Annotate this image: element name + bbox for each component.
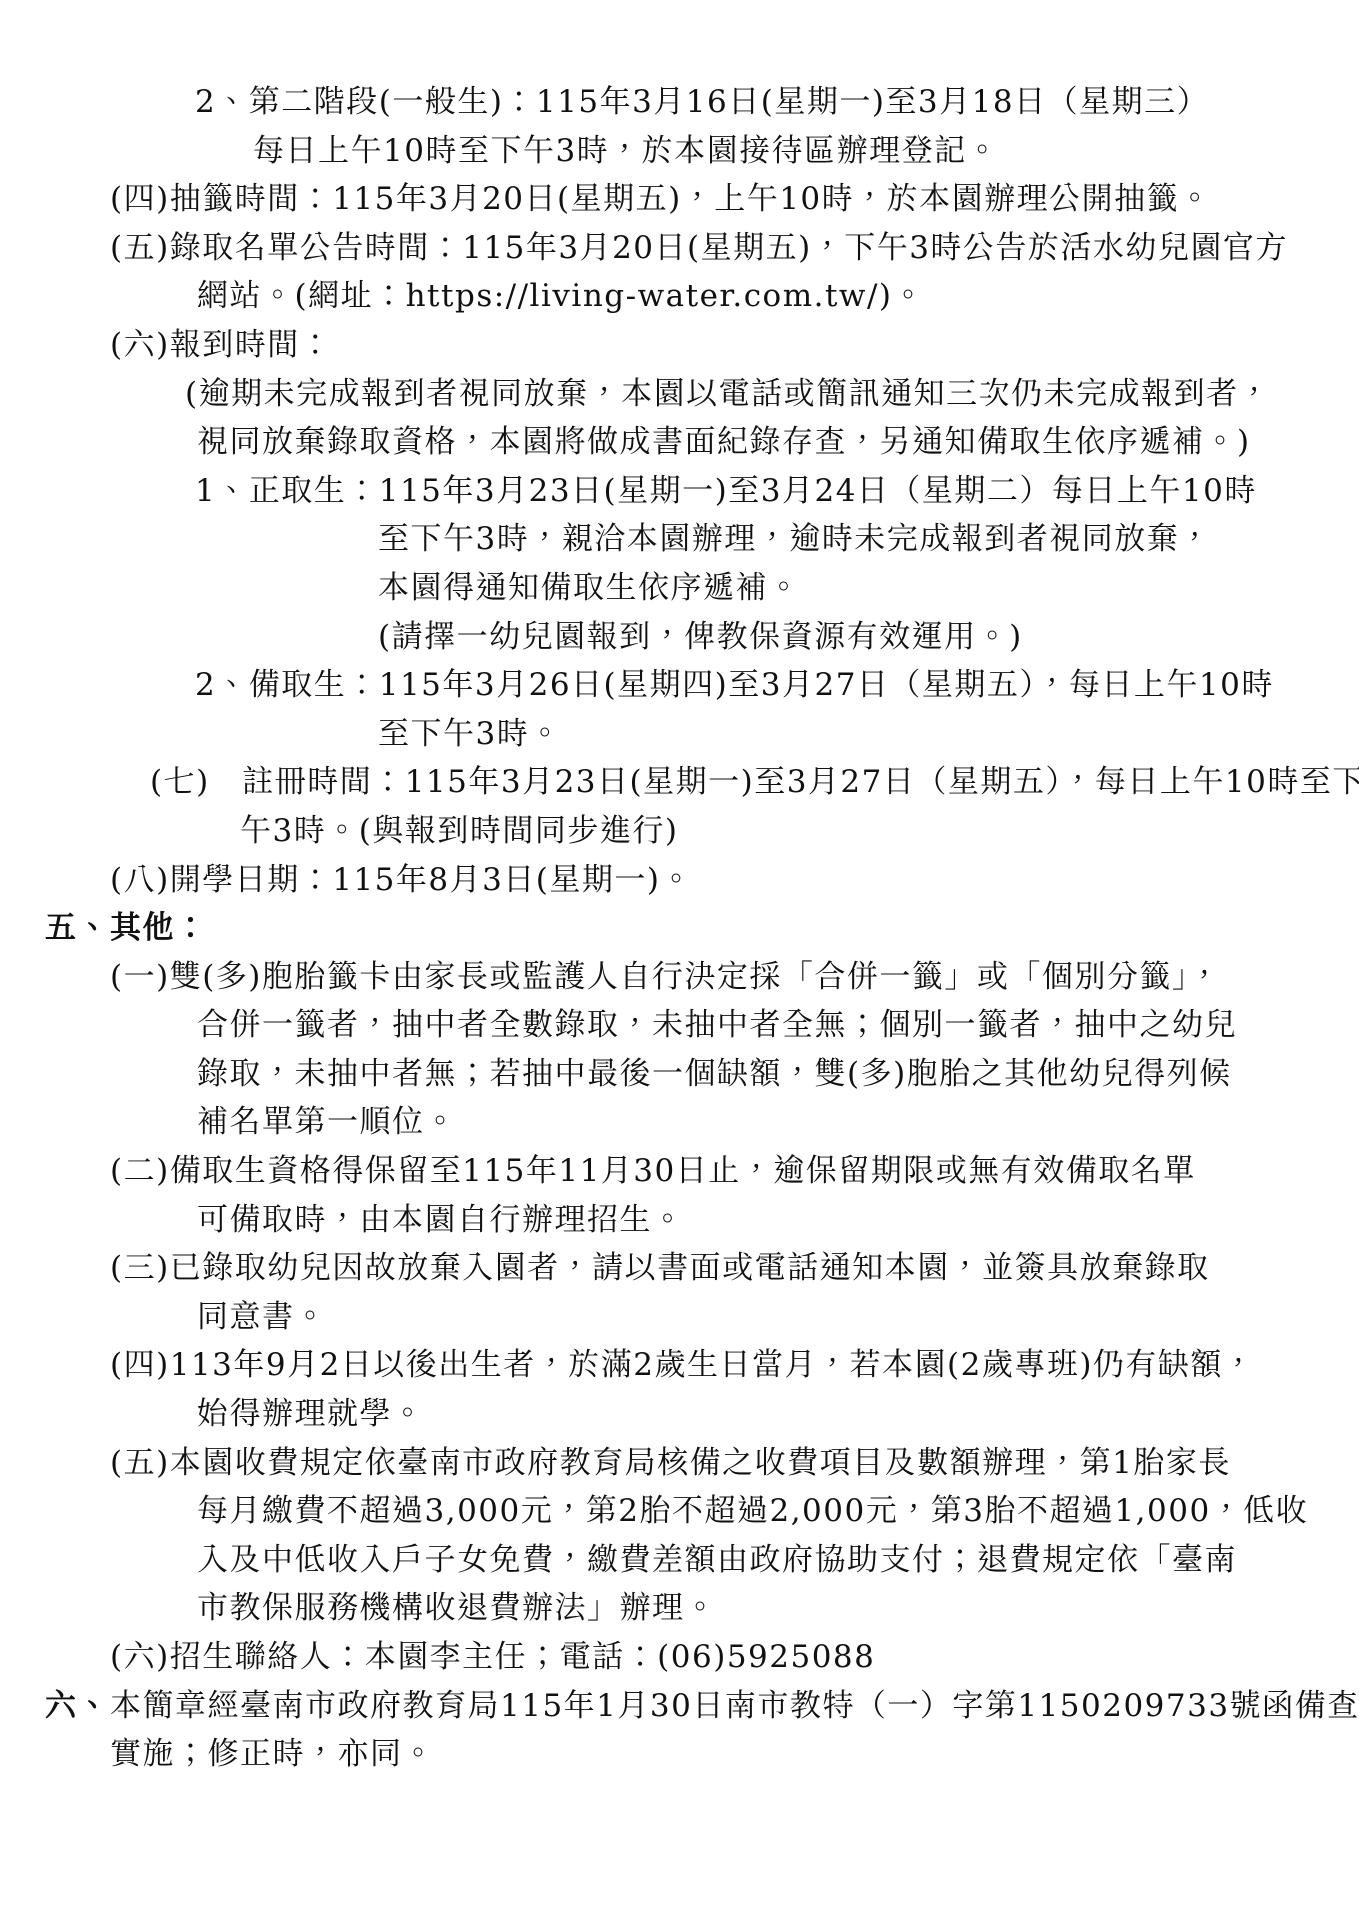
line-age2-rule: (四)113年9月2日以後出生者，於滿2歲生日當月，若本園(2歲專班)仍有缺額，	[0, 1341, 1359, 1390]
line-phase2-schedule-cont: 每日上午10時至下午3時，於本園接待區辦理登記。	[0, 127, 1359, 176]
line-school-start-date: (八)開學日期：115年8月3日(星期一)。	[0, 856, 1359, 905]
line-age2-rule-cont: 始得辦理就學。	[0, 1390, 1359, 1439]
line-checkin-time-heading: (六)報到時間：	[0, 321, 1359, 370]
line-admitted-checkin-cont1: 至下午3時，親洽本園辦理，逾時未完成報到者視同放棄，	[0, 515, 1359, 564]
section-title: 其他：	[110, 910, 208, 946]
line-twins-rule-cont2: 錄取，未抽中者無；若抽中最後一個缺額，雙(多)胞胎之其他幼兒得列候	[0, 1050, 1359, 1099]
line-fee-rule-cont3: 市教保服務機構收退費辦法」辦理。	[0, 1584, 1359, 1633]
line-registration-cont: 午3時。(與報到時間同步進行)	[0, 807, 1359, 856]
document-page: 2、第二階段(一般生)：115年3月16日(星期一)至3月18日（星期三） 每日…	[0, 0, 1359, 1920]
line-waitlist-validity: (二)備取生資格得保留至115年11月30日止，逾保留期限或無有效備取名單	[0, 1147, 1359, 1196]
line-twins-rule-cont1: 合併一籤者，抽中者全數錄取，未抽中者全無；個別一籤者，抽中之幼兒	[0, 1001, 1359, 1050]
line-fee-rule-cont1: 每月繳費不超過3,000元，第2胎不超過2,000元，第3胎不超過1,000，低…	[0, 1487, 1359, 1536]
line-admitted-checkin: 1、正取生：115年3月23日(星期一)至3月24日（星期二）每日上午10時	[0, 467, 1359, 516]
line-waitlist-checkin-cont: 至下午3時。	[0, 710, 1359, 759]
line-checkin-note: (逾期未完成報到者視同放棄，本園以電話或簡訊通知三次仍未完成報到者，	[0, 370, 1359, 419]
line-choose-one-note: (請擇一幼兒園報到，俾教保資源有效運用。)	[0, 613, 1359, 662]
line-twins-rule: (一)雙(多)胞胎籤卡由家長或監護人自行決定採「合併一籤」或「個別分籤」，	[0, 953, 1359, 1002]
line-lottery-time: (四)抽籤時間：115年3月20日(星期五)，上午10時，於本園辦理公開抽籤。	[0, 175, 1359, 224]
line-abandon-admission-cont: 同意書。	[0, 1293, 1359, 1342]
section-number: 六、	[45, 1682, 110, 1731]
section-heading-others: 五、其他：	[0, 904, 1359, 953]
line-fee-rule-cont2: 入及中低收入戶子女免費，繳費差額由政府協助支付；退費規定依「臺南	[0, 1536, 1359, 1585]
line-checkin-note-cont: 視同放棄錄取資格，本園將做成書面紀錄存查，另通知備取生依序遞補。)	[0, 418, 1359, 467]
line-approval-text: 本簡章經臺南市政府教育局115年1月30日南市教特（一）字第1150209733…	[110, 1688, 1359, 1724]
line-admission-announce: (五)錄取名單公告時間：115年3月20日(星期五)，下午3時公告於活水幼兒園官…	[0, 224, 1359, 273]
contact-line: (六)招生聯絡人：本園李主任；電話：(06)5925088	[0, 1633, 1359, 1682]
section-heading-approval: 六、本簡章經臺南市政府教育局115年1月30日南市教特（一）字第11502097…	[0, 1682, 1359, 1731]
line-waitlist-validity-cont: 可備取時，由本園自行辦理招生。	[0, 1196, 1359, 1245]
line-phase2-schedule: 2、第二階段(一般生)：115年3月16日(星期一)至3月18日（星期三）	[0, 78, 1359, 127]
section-number: 五、	[45, 904, 110, 953]
line-waitlist-checkin: 2、備取生：115年3月26日(星期四)至3月27日（星期五），每日上午10時	[0, 661, 1359, 710]
line-approval-cont: 實施；修正時，亦同。	[0, 1730, 1359, 1779]
line-twins-rule-cont3: 補名單第一順位。	[0, 1098, 1359, 1147]
website-url-line: 網站。(網址：https://living-water.com.tw/)。	[0, 272, 1359, 321]
line-fee-rule: (五)本園收費規定依臺南市政府教育局核備之收費項目及數額辦理，第1胎家長	[0, 1439, 1359, 1488]
line-registration-time: (七) 註冊時間：115年3月23日(星期一)至3月27日（星期五），每日上午1…	[0, 758, 1359, 807]
line-admitted-checkin-cont2: 本園得通知備取生依序遞補。	[0, 564, 1359, 613]
line-abandon-admission: (三)已錄取幼兒因故放棄入園者，請以書面或電話通知本園，並簽具放棄錄取	[0, 1244, 1359, 1293]
